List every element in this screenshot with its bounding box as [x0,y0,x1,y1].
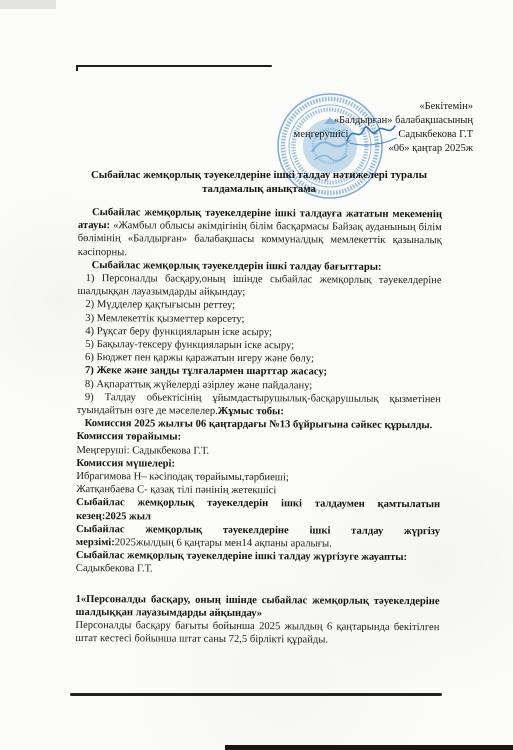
document-body: Сыбайлас жемқорлық тәуекелдеріне ішкі та… [75,206,442,648]
responsible-name: Садыкбекова Г.Т. [76,562,440,577]
title-line-1: Сыбайлас жемқорлық тәуекелдеріне ішкі та… [78,168,440,182]
title-line-2: талдамалық анықтама [78,182,440,196]
scanned-document-page: «Бекітемін» «Балдырған» балабақшасының м… [0,0,513,750]
analysis-period: Сыбайлас жемқорлық тәуекелдерін ішкі тал… [76,496,440,525]
approval-word: «Бекітемін» [233,100,473,114]
signature-area [350,128,396,142]
signature-line: меңгерушісі Садыкбекова Г.Т [233,128,473,142]
scan-artifact-top-line [76,65,272,67]
document-title: Сыбайлас жемқорлық тәуекелдеріне ішкі та… [78,168,440,196]
workgroup-label: Жұмыс тобы: [218,406,284,417]
scan-artifact-bottom-bar [225,745,513,750]
analysis-term: Сыбайлас жемқорлық тәуекелдеріне ішкі та… [76,523,440,552]
analysis-term-value: 2025жылдың 6 қаңтары мен14 ақпаны аралығ… [115,537,332,549]
section1-heading: 1«Персоналды басқару, оның ішінде сыбайл… [75,593,439,622]
manager-label: меңгерушісі [294,128,349,142]
approver-name: Садыкбекова Г.Т [398,128,473,142]
approval-block: «Бекітемін» «Балдырған» балабақшасының м… [233,100,473,156]
intro-text: «Жамбыл облысы әкімдігінің білім басқарм… [78,220,442,258]
scan-artifact-bottom-line [70,693,442,696]
direction-item-1: 1) Персоналды басқару,оның ішінде сыбайл… [77,272,441,301]
signature-icon [344,120,402,148]
intro-paragraph: Сыбайлас жемқорлық тәуекелдеріне ішкі та… [78,206,442,261]
section1-body: Персоналды басқару бағыты бойынша 2025 ж… [75,619,439,648]
direction-item-9: 9) Талдау обьектісінің ұйымдастырушылық-… [77,391,441,420]
scan-artifact-corner [0,0,56,9]
